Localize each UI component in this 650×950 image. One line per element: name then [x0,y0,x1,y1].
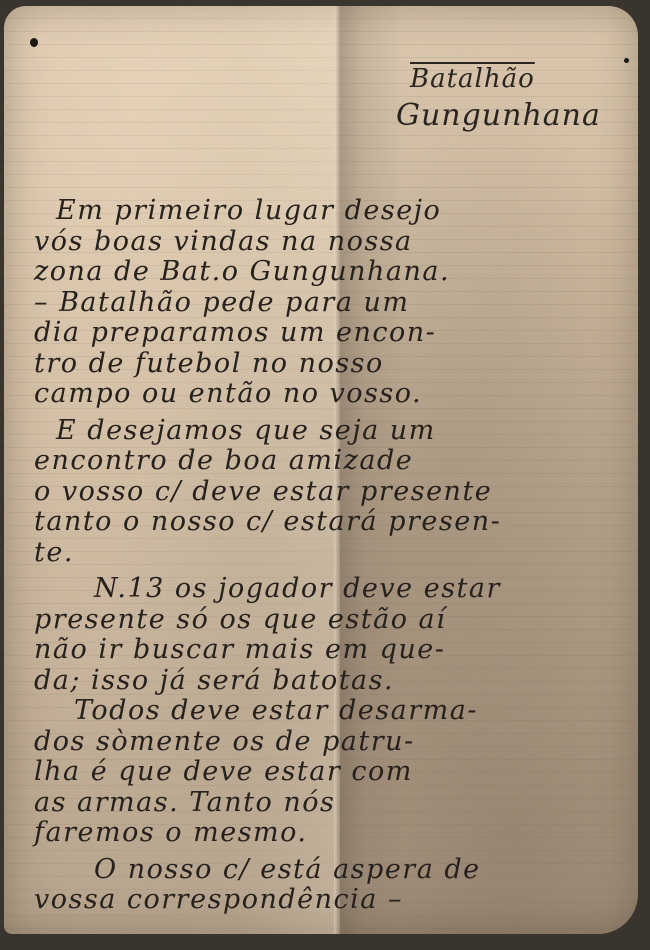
letter-line: tro de futebol no nosso [34,349,634,380]
letter-line: o vosso c/ deve estar presente [34,477,634,508]
letter-line: vossa correspondência – [34,885,634,916]
letter-line: tanto o nosso c/ estará presen- [34,507,634,538]
letter-line: – Batalhão pede para um [34,288,634,319]
letter-line: faremos o mesmo. [34,818,634,849]
letter-paper: Batalhão Gungunhana Em primeiro lugar de… [4,6,638,934]
header-place: Gungunhana [396,98,646,133]
letter-header: Batalhão Gungunhana [396,64,646,133]
header-unit: Batalhão [410,64,646,94]
letter-line: presente só os que estão aí [34,605,634,636]
paper-hole-mark [624,58,629,63]
letter-line: zona de Bat.o Gungunhana. [34,257,634,288]
letter-line: da; isso já será batotas. [34,666,634,697]
letter-line: as armas. Tanto nós [34,788,634,819]
letter-line: encontro de boa amizade [34,446,634,477]
letter-line: não ir buscar mais em que- [34,635,634,666]
letter-line: dos sòmente os de patru- [34,727,634,758]
letter-line: campo ou então no vosso. [34,379,634,410]
letter-line: O nosso c/ está aspera de [34,855,634,886]
letter-line: N.13 os jogador deve estar [34,574,634,605]
letter-line: vós boas vindas na nossa [34,227,634,258]
letter-line: lha é que deve estar com [34,757,634,788]
letter-line: te. [34,538,634,569]
letter-line: Todos deve estar desarma- [34,696,634,727]
letter-photo: Batalhão Gungunhana Em primeiro lugar de… [0,0,650,950]
paper-hole-mark [30,38,38,47]
letter-line: Em primeiro lugar desejo [34,196,634,227]
letter-line: dia preparamos um encon- [34,318,634,349]
letter-body: Em primeiro lugar desejo vós boas vindas… [34,196,634,916]
letter-line: E desejamos que seja um [34,416,634,447]
